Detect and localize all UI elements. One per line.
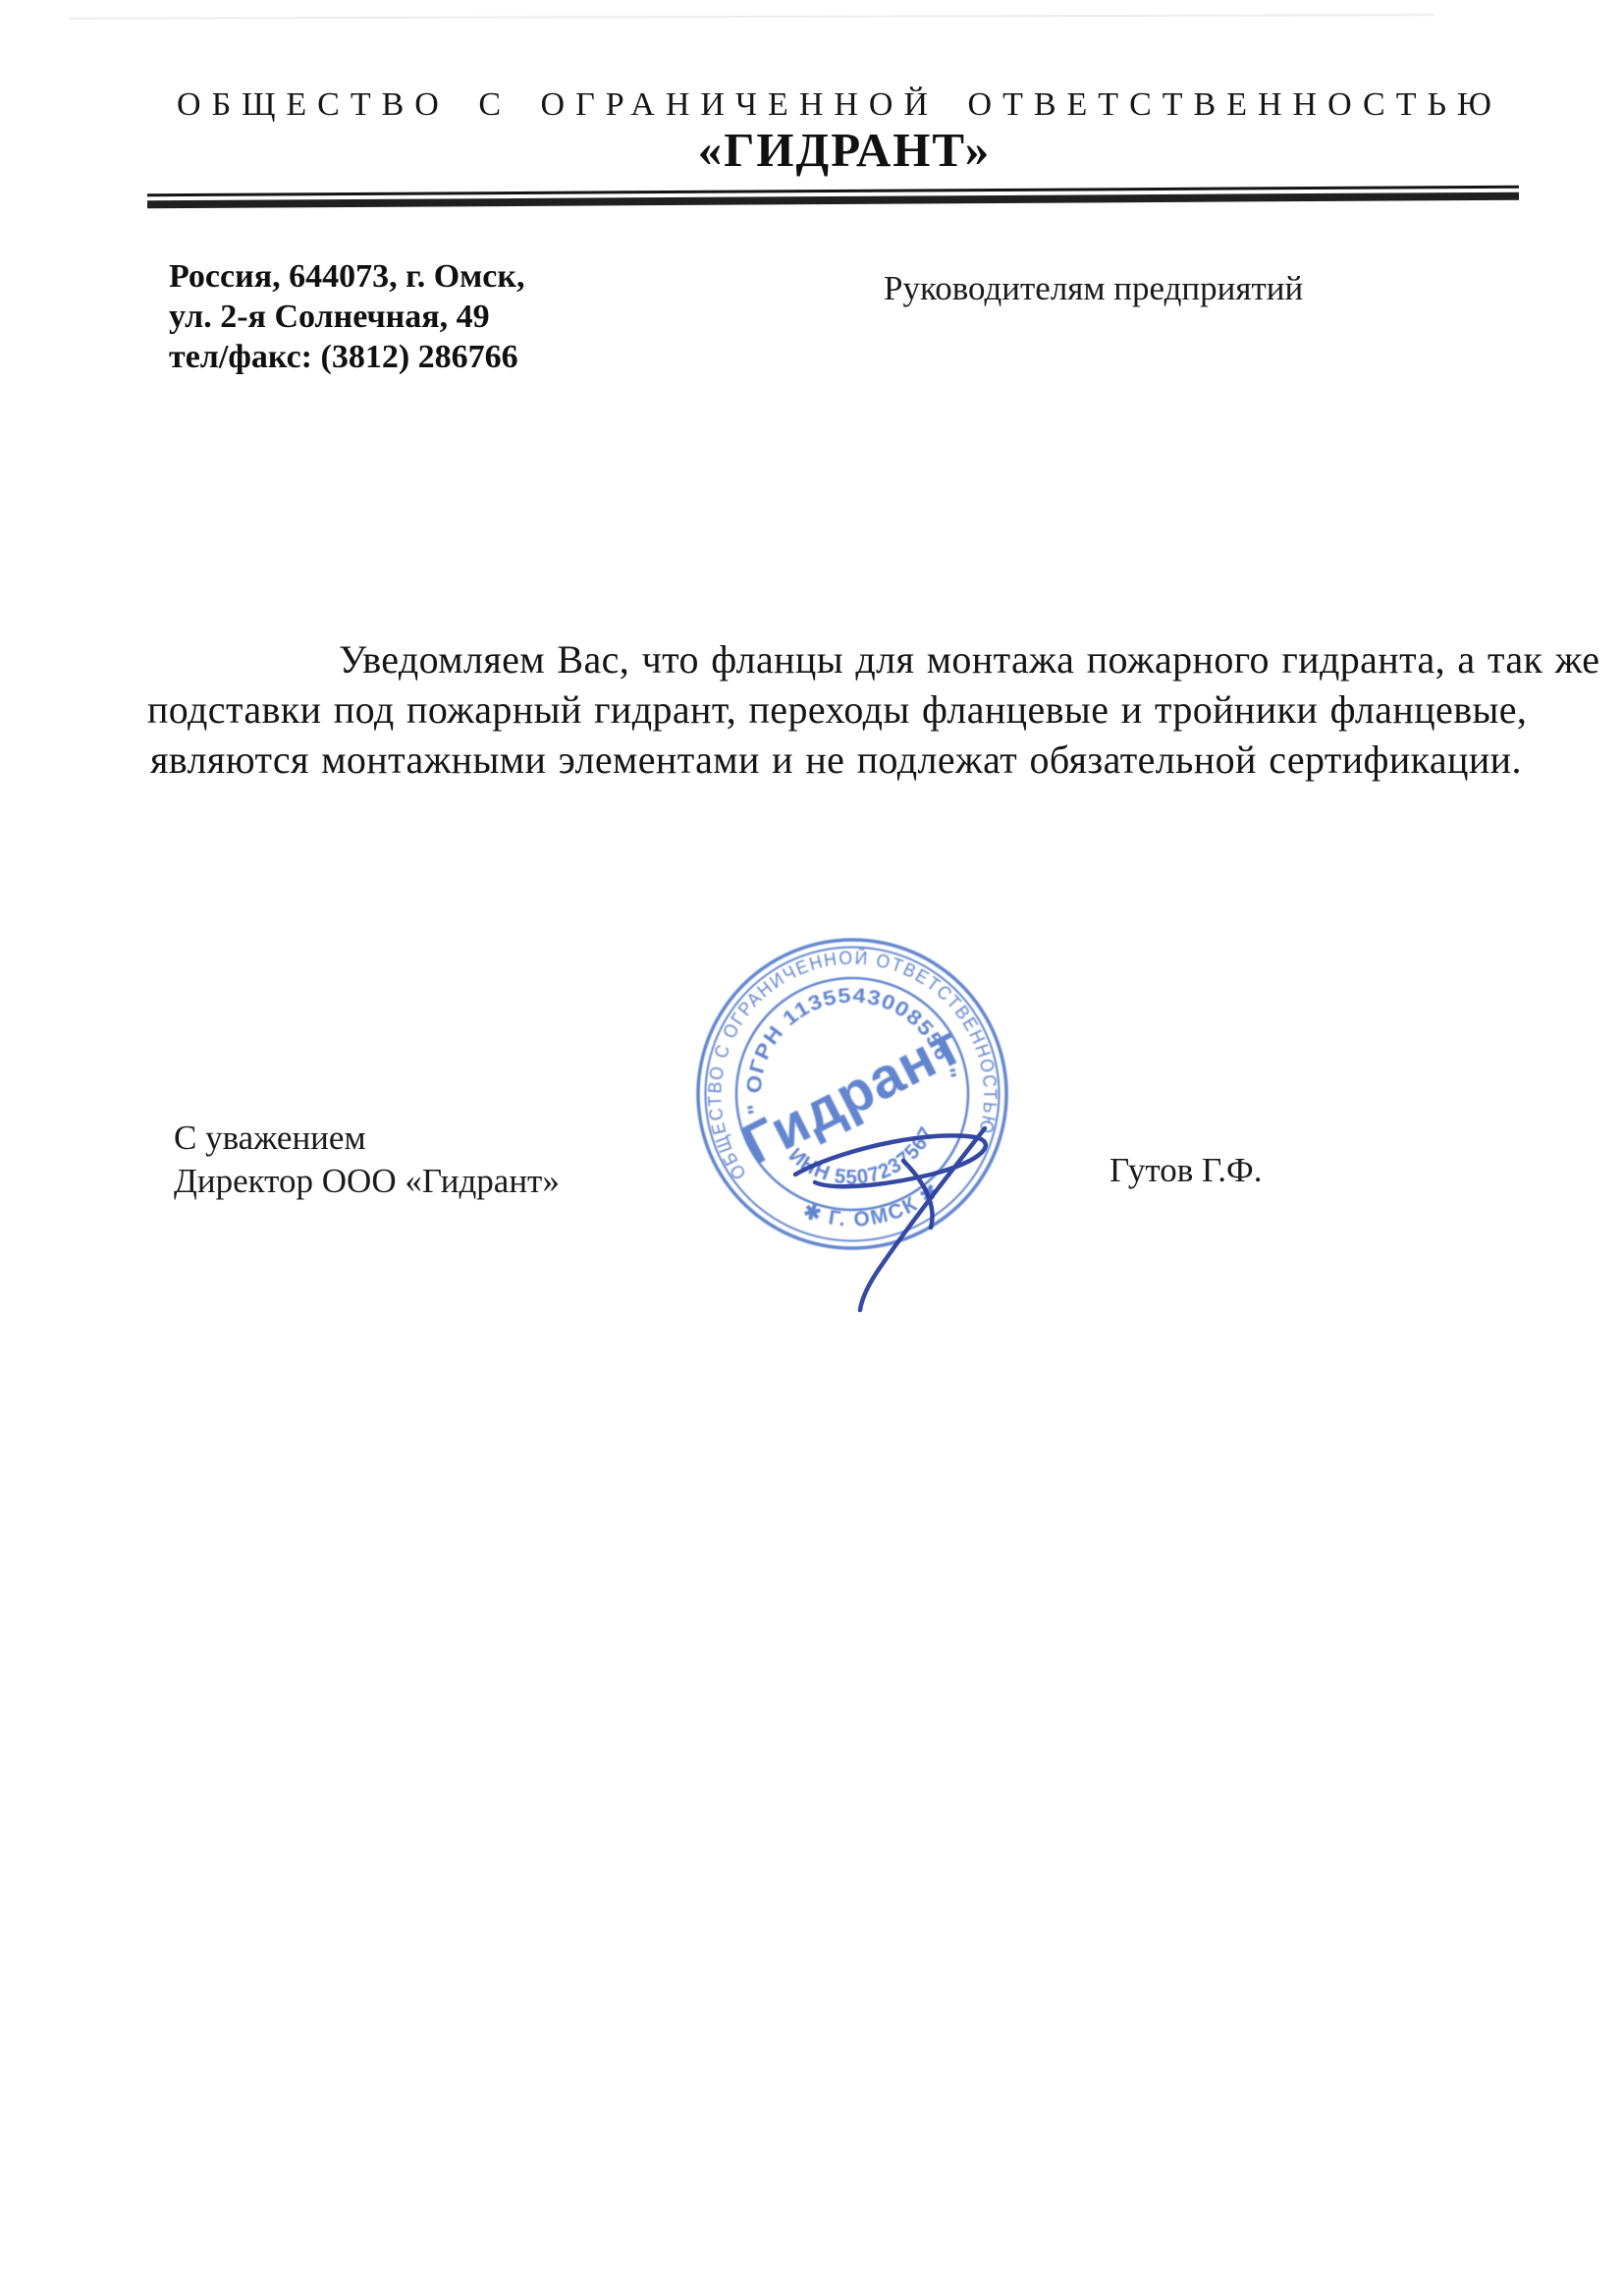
signoff-name: Гутов Г.Ф. (1109, 1151, 1262, 1190)
body-paragraph-line-3: являются монтажными элементами и не подл… (150, 737, 1522, 783)
body-paragraph-line-2: подставки под пожарный гидрант, переходы… (147, 686, 1527, 733)
company-stamp: ОБЩЕСТВО С ОГРАНИЧЕННОЙ ОТВЕТСТВЕННОСТЬЮ… (685, 927, 1058, 1330)
address-line-street: ул. 2-я Солнечная, 49 (169, 297, 524, 337)
signoff-closing: С уважением (174, 1119, 366, 1158)
company-address-block: Россия, 644073, г. Омск, ул. 2-я Солнечн… (169, 256, 524, 377)
body-paragraph-line-1: Уведомляем Вас, что фланцы для монтажа п… (339, 636, 1599, 683)
letterhead-divider (147, 186, 1519, 209)
stamp-body: ОБЩЕСТВО С ОГРАНИЧЕННОЙ ОТВЕТСТВЕННОСТЬЮ… (685, 927, 1031, 1273)
addressee-line: Руководителям предприятий (884, 269, 1303, 308)
org-name-title: «ГИДРАНТ» (698, 122, 992, 178)
letter-page: ОБЩЕСТВО С ОГРАНИЧЕННОЙ ОТВЕТСТВЕННОСТЬЮ… (0, 0, 1623, 2296)
org-type-line: ОБЩЕСТВО С ОГРАНИЧЕННОЙ ОТВЕТСТВЕННОСТЬЮ (177, 86, 1502, 124)
scan-artifact-line (69, 14, 1434, 20)
address-line-phone: тел/факс: (3812) 286766 (169, 337, 524, 377)
signoff-title: Директор ООО «Гидрант» (174, 1162, 560, 1201)
address-line-country: Россия, 644073, г. Омск, (169, 256, 524, 297)
